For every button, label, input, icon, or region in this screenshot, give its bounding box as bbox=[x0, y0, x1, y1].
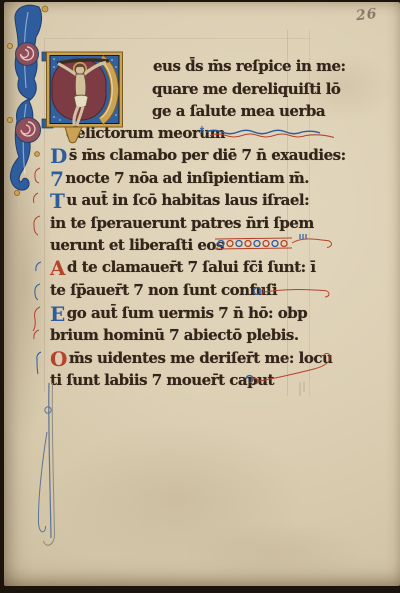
text-line-6: nocte 7 nōa ad inſipientiam m̄. bbox=[65, 169, 309, 187]
text-line: Tu aut̄ in ſcō habitas laus iſrael: bbox=[50, 193, 309, 209]
text-line-14: m̄s uidentes me deriſer̄t me: locu bbox=[69, 349, 332, 367]
text-line: 7nocte 7 nōa ad inſipientiam m̄. bbox=[50, 171, 309, 187]
text-line-8: in te ſperauerunt patres n̄ri ſpem bbox=[50, 214, 314, 232]
text-line-5: s̄ m̄s clamabo per diē 7 n̄ exaudies: bbox=[69, 146, 346, 164]
spiral-medallion bbox=[16, 118, 41, 143]
versal-initial-A: A bbox=[50, 260, 65, 276]
text-line: in te ſperauerunt patres n̄ri ſpem bbox=[50, 216, 314, 232]
text-line: Om̄s uidentes me deriſer̄t me: locu bbox=[50, 351, 332, 367]
text-line: te ſp̄auer̄t 7 non ſunt confuſi bbox=[50, 283, 277, 299]
parchment-stain bbox=[184, 522, 364, 582]
text-line: Ego aut̄ ſum uermis 7 n̄ hō: obp bbox=[50, 306, 307, 322]
text-line-11: te ſp̄auer̄t 7 non ſunt confuſi bbox=[50, 281, 277, 299]
text-line: brium hominū 7 abiectō plebis. bbox=[50, 328, 299, 344]
text-line: uerunt et liberaſti eos bbox=[50, 238, 224, 254]
versal-initial-O: O bbox=[50, 351, 67, 367]
text-line-1: eus d̄s m̄s reſpice in me: bbox=[153, 57, 346, 75]
loincloth bbox=[74, 95, 88, 107]
text-line-10: d te clamauer̄t 7 ſalui fc̄i ſunt: ī bbox=[67, 258, 316, 276]
photo-background: 26 eus d̄s m̄s reſpice in me: quare me d… bbox=[0, 0, 400, 593]
text-line: ti ſunt labiis 7 mouer̄t caput bbox=[50, 373, 274, 389]
text-line-3: ge a ſalute mea uerba bbox=[152, 102, 325, 120]
versal-initial-E: E bbox=[50, 306, 65, 322]
parchment-stain bbox=[54, 422, 304, 572]
spiral-medallion bbox=[16, 43, 39, 66]
folio-number: 26 bbox=[355, 6, 378, 24]
text-line-13: brium hominū 7 abiectō plebis. bbox=[50, 326, 299, 344]
text-line: Ad te clamauer̄t 7 ſalui fc̄i ſunt: ī bbox=[50, 260, 316, 276]
text-line: ge a ſalute mea uerba bbox=[152, 104, 325, 120]
text-line: eus d̄s m̄s reſpice in me: bbox=[153, 59, 346, 75]
initial-D-tail bbox=[65, 127, 82, 143]
text-line-9: uerunt et liberaſti eos bbox=[50, 236, 224, 254]
text-line-12: go aut̄ ſum uermis 7 n̄ hō: obp bbox=[67, 304, 307, 322]
text-line-2: quare me dereliquiſti lō bbox=[152, 80, 340, 98]
crucifixion-miniature bbox=[45, 50, 125, 144]
text-line-15: ti ſunt labiis 7 mouer̄t caput bbox=[50, 371, 274, 389]
text-line: quare me dereliquiſti lō bbox=[152, 82, 340, 98]
text-line-7: u aut̄ in ſcō habitas laus iſrael: bbox=[66, 191, 309, 209]
text-line: Ds̄ m̄s clamabo per diē 7 n̄ exaudies: bbox=[50, 148, 346, 164]
